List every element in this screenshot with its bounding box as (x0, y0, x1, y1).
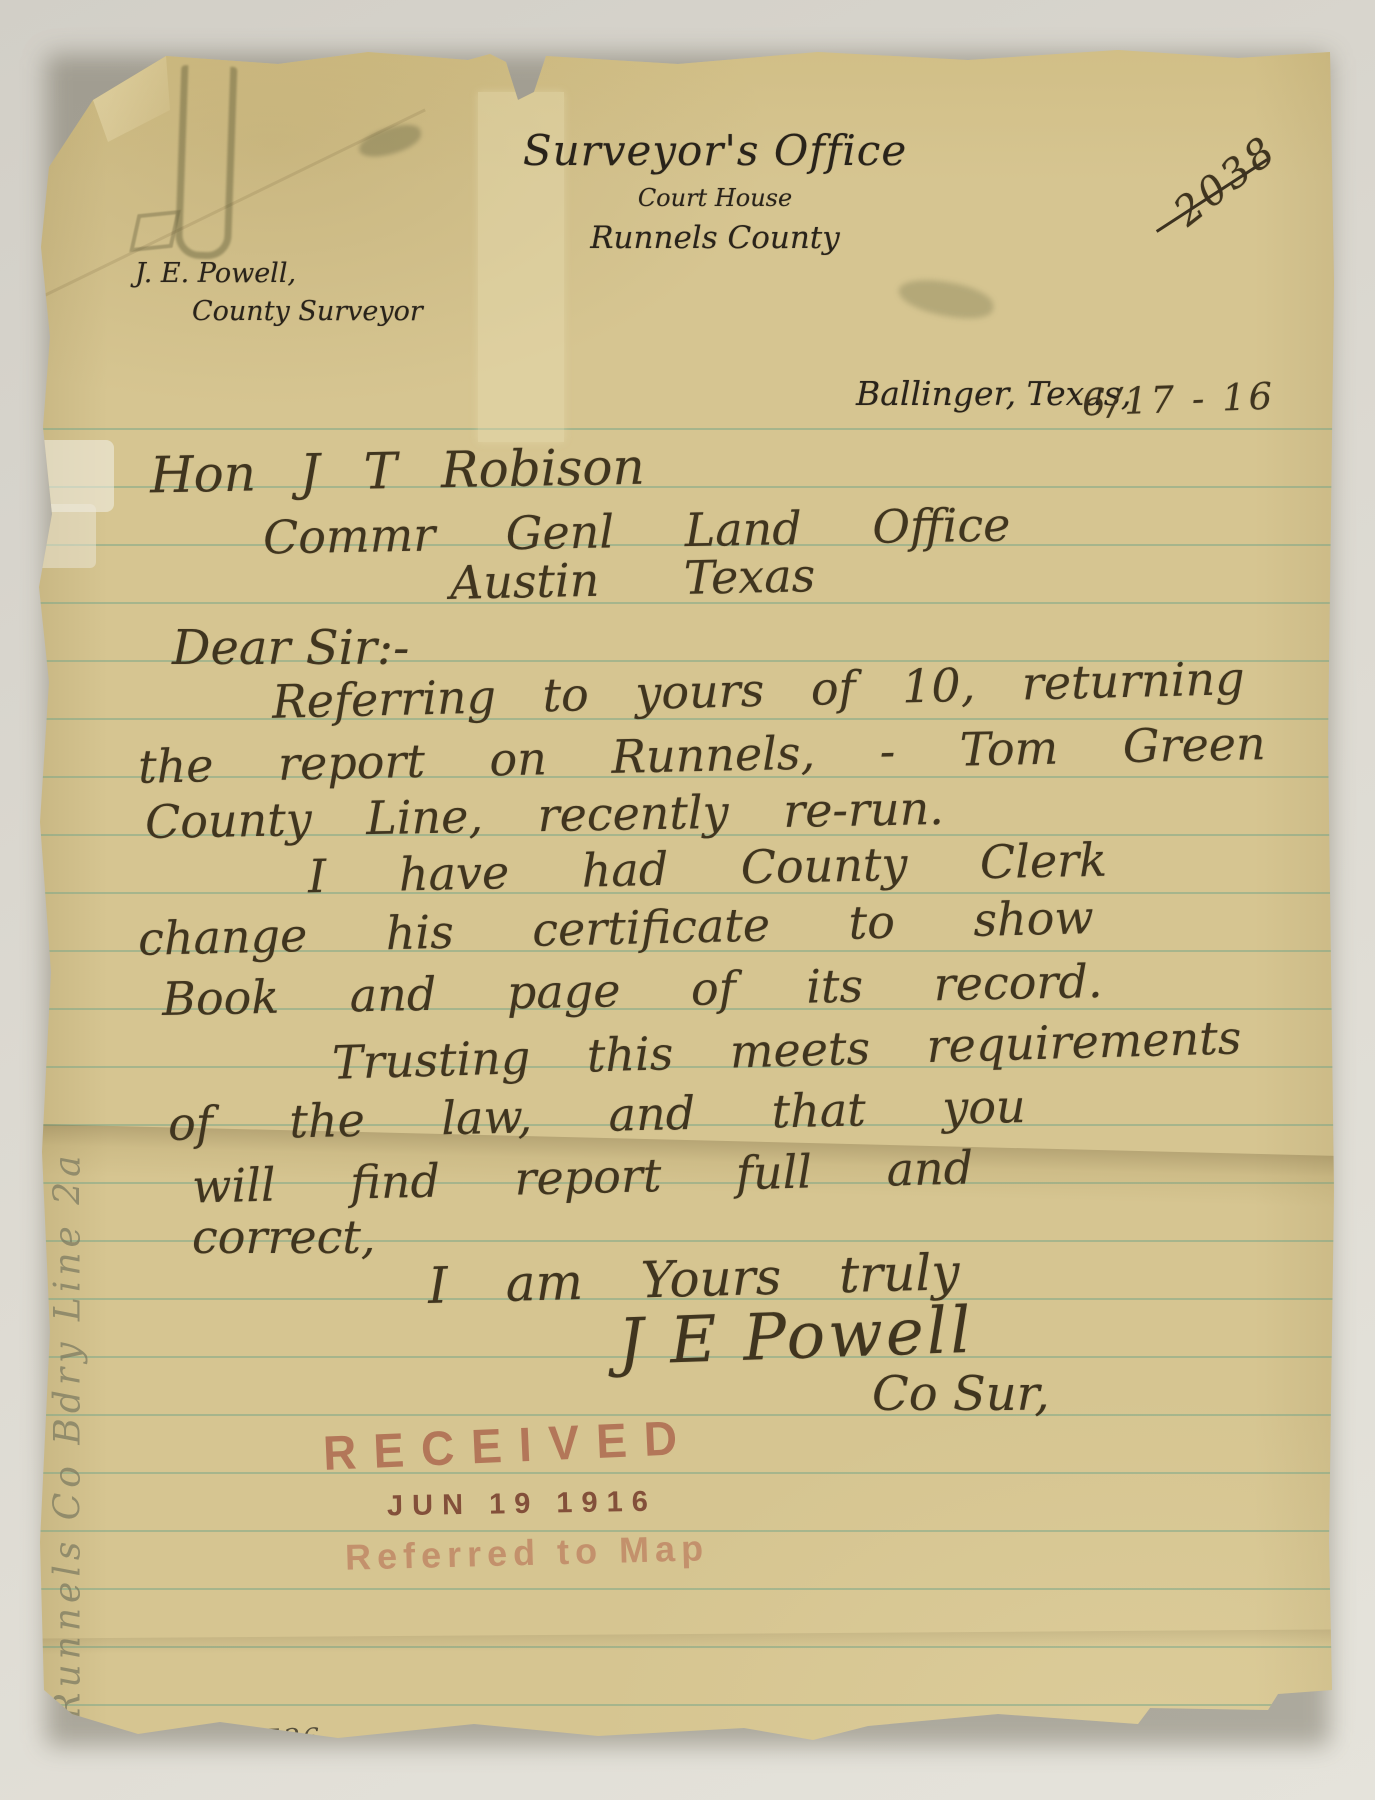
letterhead-office: Surveyor's Office (515, 126, 915, 175)
margin-annotation: Runnels Co Bdry Line 2a (48, 1150, 89, 1719)
signature-title: Co Sur, (872, 1366, 1050, 1422)
recipient-city: Austin Texas (449, 548, 815, 610)
handwritten-date: 6/17 - 16 (1081, 375, 1276, 425)
ink-smudge (896, 275, 996, 322)
tape-mark-left-top (32, 440, 114, 512)
salutation: Dear Sir:- (172, 620, 409, 676)
tape-mark-left-bottom (30, 504, 96, 568)
received-date-stamp: JUN 19 1916 (387, 1486, 657, 1524)
letterhead-building: Court House (515, 184, 915, 212)
letter-paper: Surveyor's Office Court House Runnels Co… (38, 42, 1334, 1748)
paperclip-rust-mark-small (129, 210, 181, 252)
file-number: 2038 (1165, 127, 1286, 236)
letterhead-surveyor-title: County Surveyor (192, 296, 423, 327)
letterhead-county: Runnels County (515, 220, 915, 256)
ink-smudge (356, 121, 424, 162)
recipient-name: Hon J T Robison (150, 438, 646, 505)
paperclip-rust-mark (175, 65, 238, 260)
scanned-letter-page: Surveyor's Office Court House Runnels Co… (0, 0, 1375, 1800)
letterhead-surveyor-name: J. E. Powell, (135, 258, 296, 289)
body-line: correct, (192, 1210, 376, 1264)
